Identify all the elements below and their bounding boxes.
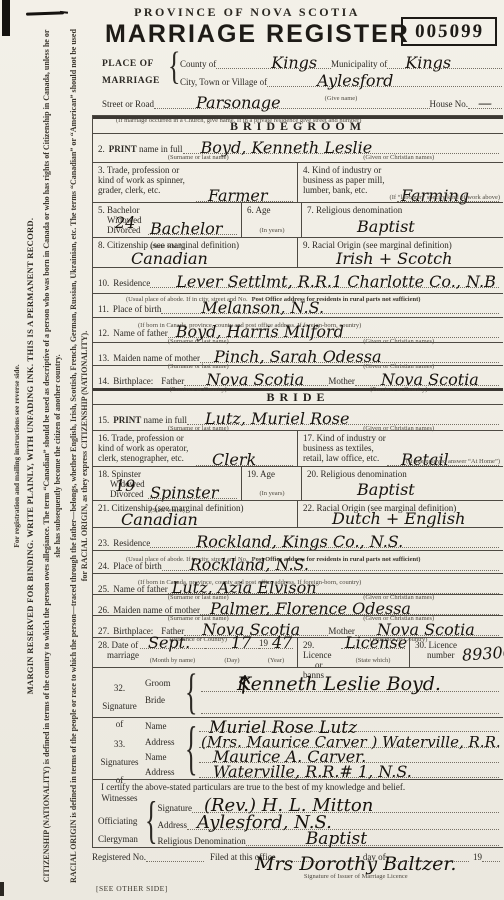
witnesses-row: 33. Signatures of Witnesses Name Address… [93,717,503,779]
issuer-signature-block: Mrs Dorothy Baltzer. Signature of Issuer… [255,855,456,880]
field-number: 8. [98,240,105,250]
groom-father-row: 12. Name of father Boyd, Harris Milford … [93,317,503,342]
witness-name-label: Name [145,750,185,765]
print-label: PRINT [113,415,141,425]
municipality-value: Kings [405,55,451,71]
age-label: Age [256,205,271,215]
place-of-birth-label: Place of birth [113,561,162,571]
groom-parents-birthplace-row: 14. Birthplace: Father Nova Scotia Mothe… [93,365,503,388]
field-number: 17. [303,433,314,443]
registered-no-label: Registered No. [92,852,146,862]
groom-racial-value: Irish + Scotch [336,251,452,267]
clergyman-denomination-value: Baptist [306,831,367,848]
bride-religion-value: Baptist [357,482,415,498]
marriage-word-label: marriage [98,650,139,660]
county-label: County of [180,59,216,69]
year-19-print: 19 [259,638,268,648]
bride-trade-label: Trade, profession or kind of work as ope… [98,433,188,463]
house-no-value: — [478,97,492,111]
field-number: 28. [98,640,109,650]
field-number: 33. [114,739,125,749]
groom-name-value: Boyd, Kenneth Leslie [201,140,373,156]
field-number: 16. [98,433,109,443]
signature-brace: { [185,668,197,717]
field-number: 27. [98,626,109,636]
bride-birthplace-row: 24. Place of birth Rockland, N.S. (If bo… [93,550,503,573]
bride-age-value: 19 [115,478,135,494]
field-number: 9. [303,240,310,250]
mother-name-label: Maiden name of mother [113,353,200,363]
groom-age-value: 24 [115,215,135,231]
field-number: 3. [98,165,105,175]
father-label: Father [161,376,184,386]
mother-name-label: Maiden name of mother [113,605,200,615]
groom-father-value: Boyd, Harris Milford [176,324,344,340]
groom-father-birthplace-value: Nova Scotia [206,372,304,388]
year-note: (Year) [268,657,284,664]
groom-industry-label: Kind of industry or business as paper mi… [303,165,385,195]
in-years-note: (In years) [259,490,284,497]
mother-label: Mother [328,376,355,386]
marriage-year-value: 47 [272,635,292,651]
licence-number-label: Licence [429,640,457,650]
place-brace: { [168,45,180,90]
marriage-label: MARRIAGE [102,73,168,90]
bride-trade-industry-row: 16. Trade, profession or kind of work as… [93,430,503,466]
licence-label: Licence [303,650,331,660]
margin-citizenship-definition: CITIZENSHIP (NATIONALITY) is defined in … [42,16,63,896]
bride-name-value: Lutz, Muriel Rose [205,411,349,427]
bride-pob-value: Rockland, N.S. [190,557,309,573]
groom-status-value: Bachelor [150,221,222,237]
city-town-village-label: City, Town or Village of [180,77,267,87]
name-in-full-label: name in full [144,415,188,425]
groom-name-row: 2. PRINT name in full Boyd, Kenneth Lesl… [93,133,503,162]
marriage-day-value: 17 [231,635,251,651]
marriage-month-value: Sept. [148,635,190,651]
state-which-note: (State which) [356,657,391,664]
groom-residence-row: 10. Residence Lever Settlmt, R.R.1 Charl… [93,267,503,293]
number-word-label: number [415,650,455,660]
month-by-name-note: (Month by name) [150,657,196,664]
field-number: 21. [98,503,109,513]
groom-residence-value: Lever Settlmt, R.R.1 Charlotte Co., N.B [176,274,496,290]
bride-citizenship-value: Canadian [121,512,198,528]
witnesses-brace: { [185,719,197,779]
date-of-label: Date of [112,640,139,650]
field-number: 15. [98,415,109,425]
field-number: 18. [98,469,109,479]
registration-number-stamp: 005099 [401,17,497,46]
bridegroom-section-header: BRIDEGROOM [93,116,503,133]
groom-birthplace-row: 11. Place of birth Melanson, N.S. (If bo… [93,293,503,317]
day-note: (Day) [224,657,239,664]
groom-pob-value: Melanson, N.S. [201,300,324,316]
bride-religion-label: Religious denomination [321,469,407,479]
at-home-note: (If unemployed answer “At Home”) [406,458,500,465]
see-other-side-note: [SEE OTHER SIDE] [96,884,168,893]
bride-name-row: 15. PRINT name in full Lutz, Muriel Rose… [93,404,503,430]
bride-signature-label: Bride [145,695,185,705]
margin-racial-origin-definition: RACIAL ORIGIN is defined in terms of the… [69,16,90,896]
field-number: 30. [415,640,426,650]
place-of-label: PLACE OF [102,56,168,73]
groom-religion-value: Baptist [357,219,415,235]
page-title: MARRIAGE REGISTER [105,20,410,49]
labourer-note: (If “labourer” specify kind of work abov… [390,194,500,201]
bride-residence-value: Rockland, Kings Co., N.S. [196,534,403,550]
margin-line-2: MARGIN RESERVED FOR BINDING. WRITE PLAIN… [25,16,35,896]
field-number: 2. [98,144,105,154]
margin-line-1: For registration and mailing instruction… [12,16,21,896]
bride-racial-value: Dutch + English [332,511,465,527]
field-number: 22. [303,503,314,513]
bride-mother-row: 26. Maiden name of mother Palmer, Floren… [93,594,503,615]
groom-citizenship-value: Canadian [131,251,208,267]
house-no-label: House No. [430,99,469,109]
marriage-date-licence-row: 28. Date ofmarriage Sept. (Month by name… [93,637,503,667]
field-number: 7. [307,205,314,215]
father-name-label: Name of father [113,584,167,594]
year-19-print: 19 [473,852,482,862]
municipality-label: Municipality of [331,59,387,69]
clergyman-address-label: Address [157,820,187,830]
county-value: Kings [271,55,317,71]
groom-mother-birthplace-value: Nova Scotia [381,372,479,388]
groom-religion-label: Religious denomination [316,205,402,215]
field-number: 20. [307,469,318,479]
couple-signature-row: 32. Signature of Groom Bride { Kenneth L… [93,667,503,717]
place-of-birth-label: Place of birth [113,304,162,314]
marriage-register-form: BRIDEGROOM 2. PRINT name in full Boyd, K… [92,115,503,848]
licence-number-value: 89306 [462,644,504,664]
bride-father-row: 25. Name of father Lutz, Azia Elvison (S… [93,573,503,594]
witness-name-label: Name [145,719,185,734]
birthplace-label: Birthplace: [113,376,153,386]
field-number: 14. [98,376,109,386]
witness-address-label: Address [145,765,185,780]
field-number: 10. [98,278,109,288]
street-or-road-value: Parsonage [196,95,281,111]
groom-mother-row: 13. Maiden name of mother Pinch, Sarah O… [93,342,503,365]
field-number: 12. [98,328,109,338]
clergyman-denomination-label: Religious Denomination [157,836,245,846]
witness2-address-value: Waterville, R.R.# 1, N.S. [213,764,412,780]
groom-signature-label: Groom [145,672,185,695]
field-number: 32. [114,683,125,693]
groom-citizenship-racial-row: 8. Citizenship (see marginal definition)… [93,237,503,267]
field-number: 11. [98,304,109,314]
field-number: 24. [98,561,109,571]
groom-trade-label: Trade, profession or kind of work as spi… [98,165,185,195]
witness-address-label: Address [145,734,185,750]
clergyman-signature-label: Signature [157,803,192,813]
groom-mother-value: Pinch, Sarah Odessa [214,349,382,365]
groom-trade-industry-row: 3. Trade, profession or kind of work as … [93,162,503,202]
clergyman-label: Clergyman [98,834,138,844]
licence-or-banns-value: License [345,635,407,651]
field-number: 19. [247,469,258,479]
street-or-road-label: Street or Road [102,99,154,109]
field-number: 5. [98,205,105,215]
residence-label: Residence [113,538,150,548]
field-number: 23. [98,538,109,548]
binding-mark-bottom [0,882,4,896]
groom-status-age-religion-row: 5. BachelorWidowedDivorced Bachelor (Sta… [93,202,503,237]
officiating-label: Officiating [98,816,137,826]
registration-number: 005099 [414,21,484,43]
ink-arrow-mark [236,672,252,694]
father-name-label: Name of father [113,328,167,338]
field-number: 29. [303,640,314,650]
margin-notes: For registration and mailing instruction… [12,16,96,896]
residence-label: Residence [113,278,150,288]
officiating-clergyman-row: Officiating Clergyman { Signature (Rev.)… [93,795,503,847]
field-number: 26. [98,605,109,615]
bride-citizenship-racial-row: 21. Citizenship (see marginal definition… [93,500,503,527]
bride-residence-row: 23. Residence Rockland, Kings Co., N.S. … [93,527,503,550]
signatures-label: Signatures [101,757,139,767]
clergyman-brace: { [145,795,157,847]
bride-status-age-religion-row: 18. SpinsterWidowedDivorced Spinster (St… [93,466,503,500]
field-number: 25. [98,584,109,594]
city-town-village-value: Aylesford [317,73,393,89]
age-label: Age [260,469,275,479]
print-label: PRINT [109,144,137,154]
in-years-note: (In years) [259,227,284,234]
field-number: 13. [98,353,109,363]
bride-industry-label: Kind of industry or business as textiles… [303,433,386,463]
name-in-full-label: name in full [139,144,183,154]
bride-status-value: Spinster [150,485,218,501]
field-number: 4. [303,165,310,175]
scanned-marriage-register: For registration and mailing instruction… [0,0,504,900]
field-number: 6. [247,205,254,215]
issuer-signature-value: Mrs Dorothy Baltzer. [255,853,456,875]
signature-label: Signature [102,701,137,711]
